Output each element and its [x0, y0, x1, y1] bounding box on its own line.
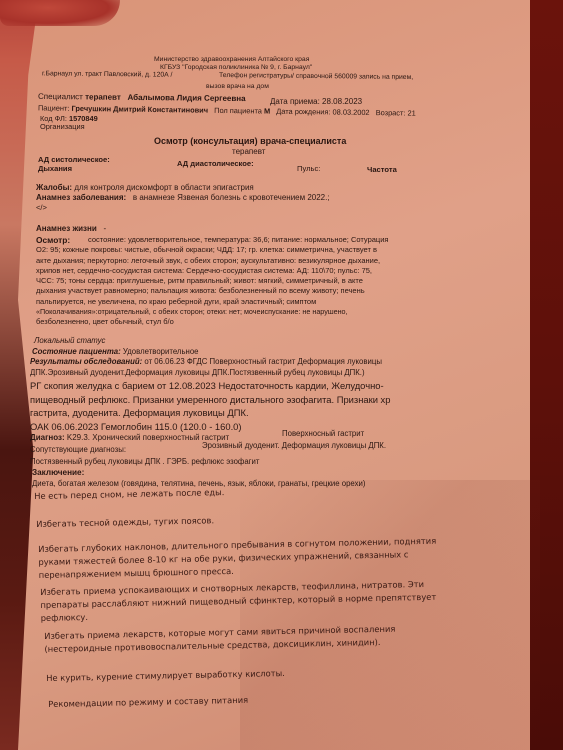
- visit-date-label: Дата приема:: [270, 97, 320, 106]
- specialist-role: терапевт: [85, 92, 121, 101]
- diagnosis-row: Диагноз: K29.3. Хронический поверхностны…: [30, 433, 229, 443]
- organization-label: Организация: [40, 122, 85, 132]
- specialist-label: Специалист: [38, 92, 83, 101]
- age-value: 21: [407, 109, 415, 118]
- results-line-2: ДПК.Эрозивный дуоденит.Деформация лукови…: [30, 368, 365, 378]
- patient-state-row: Состояние пациента: Удовлетворительное: [32, 347, 199, 357]
- diagnosis-extra-2: Эрозивный дуоденит. Деформация луковицы …: [202, 441, 386, 451]
- examination-text: состояние: удовлетворительное, температу…: [36, 235, 476, 328]
- examination-line: дыхания участвует равномерно; пальпация …: [36, 286, 476, 296]
- complaints-label: Жалобы:: [36, 183, 72, 192]
- dob-label: Дата рождения:: [276, 107, 330, 117]
- anamnesis-disease-text: в анамнезе Язвеная болезнь с кровотечени…: [133, 193, 330, 202]
- xray-line: пищеводный рефлюкс. Призанки умеренного …: [30, 393, 490, 407]
- pulse-label: Пульс:: [297, 164, 320, 174]
- results-row: Результаты обследований: от 06.06.23 ФГД…: [30, 357, 382, 367]
- examination-line: О2: 95; кожные покровы: чистые, обычной …: [36, 245, 476, 255]
- examination-line: безболезненно, цвет обычный, стул б/о: [36, 317, 476, 327]
- anamnesis-life-text: -: [103, 224, 106, 233]
- examination-line: состояние: удовлетворительное, температу…: [36, 235, 476, 245]
- sex-label: Пол пациента: [214, 106, 262, 116]
- html-tag-artifact: </>: [36, 203, 47, 213]
- home-call: вызов врача на дом: [206, 83, 269, 92]
- patient-state-text: Удовлетворительное: [123, 347, 199, 356]
- results-line-1: от 06.06.23 ФГДС Поверхностный гастрит Д…: [144, 357, 382, 366]
- visit-date: Дата приема: 28.08.2023: [270, 97, 362, 107]
- visit-date-value: 28.08.2023: [322, 97, 362, 106]
- conclusion-label: Заключение:: [32, 468, 84, 478]
- examination-line: акте дыхания; перкуторно: легочный звук,…: [36, 256, 476, 266]
- complaints-row: Жалобы: для контроля дискомфорт в област…: [36, 183, 254, 193]
- exam-title: Осмотр (консультация) врача-специалиста: [154, 136, 346, 146]
- anamnesis-life-row: Анамнез жизни -: [36, 224, 106, 234]
- bp-diastolic-label: АД диастолическое:: [177, 159, 254, 169]
- examination-line: пальпируется, не увеличена, по краю ребе…: [36, 297, 476, 307]
- diagnosis-label: Диагноз:: [30, 433, 65, 442]
- exam-subtitle: терапевт: [232, 147, 265, 157]
- examination-line: хрипов нет, сердечно-сосудистая система:…: [36, 266, 476, 276]
- xray-line: РГ скопия желудка с барием от 12.08.2023…: [30, 379, 490, 393]
- xray-results: РГ скопия желудка с барием от 12.08.2023…: [30, 379, 490, 433]
- clinic-address: г.Барнаул ул. тракт Павловский, д. 120А …: [42, 70, 173, 80]
- anamnesis-disease-row: Анамнез заболевания: в анамнезе Язвеная …: [36, 193, 330, 203]
- xray-line: гастрита, дуоденита. Деформация луковицы…: [30, 406, 490, 420]
- sex-value: М: [264, 107, 270, 116]
- anamnesis-disease-label: Анамнез заболевания:: [36, 193, 126, 202]
- diagnosis-extra-1: Поверхносный гастрит: [282, 429, 364, 439]
- anamnesis-life-label: Анамнез жизни: [36, 224, 97, 233]
- complaints-text: для контроля дискомфорт в области эпигас…: [74, 183, 253, 192]
- patient-state-label: Состояние пациента:: [32, 347, 121, 356]
- age-label: Возраст:: [376, 108, 406, 117]
- xray-line: ОАК 06.06.2023 Гемоглобин 115.0 (120.0 -…: [30, 420, 490, 434]
- rate-label: Частота: [367, 165, 397, 175]
- finger: [0, 0, 120, 26]
- specialist-name: Абалымова Лидия Сергеевна: [127, 93, 245, 103]
- dob-value: 08.03.2002: [333, 107, 370, 117]
- local-status-label: Локальный статус: [34, 336, 105, 346]
- concomitant-text: Постязвенный рубец луковицы ДПК . ГЭРБ. …: [30, 457, 259, 467]
- examination-line: ЧСС: 75; тоны сердца: приглушеные, ритм …: [36, 276, 476, 286]
- examination-line: «Поколачивания»:отрицательный, с обеих с…: [36, 307, 476, 317]
- concomitant-label: Сопутствующие диагнозы:: [30, 445, 126, 455]
- results-label: Результаты обследований:: [30, 357, 142, 366]
- patient-label: Пациент:: [38, 103, 70, 112]
- breathing-label: Дыхания: [38, 164, 72, 174]
